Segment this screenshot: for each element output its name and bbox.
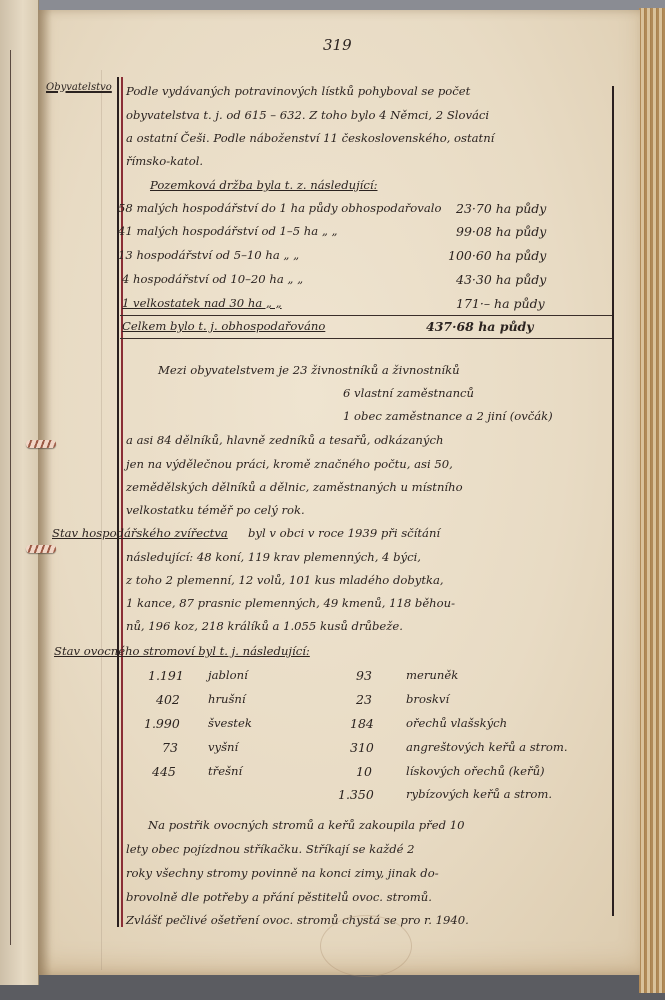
text-line: 1 obec zaměstnance a 2 jiní (ovčák) xyxy=(343,409,553,423)
text-line: Zvlášť pečlivé ošetření ovoc. stromů chy… xyxy=(126,913,469,927)
binding-stitch xyxy=(26,545,56,553)
text-line: byl v obci v roce 1939 při sčítání xyxy=(248,526,440,540)
land-row-value: 43·30 ha půdy xyxy=(456,272,546,287)
text-line: z toho 2 plemenní, 12 volů, 101 kus mlad… xyxy=(126,573,444,587)
gutter-shadow xyxy=(38,10,52,975)
orchard-name: ořechů vlašských xyxy=(406,716,507,730)
section-heading-land: Pozemková držba byla t. z. následující: xyxy=(150,178,378,192)
text-line: Podle vydávaných potravinových lístků po… xyxy=(126,84,470,98)
land-total-label: Celkem bylo t. j. obhospodařováno xyxy=(122,319,325,333)
left-page-edge xyxy=(0,0,39,985)
table-rule xyxy=(120,338,612,339)
table-rule xyxy=(120,315,612,316)
faint-column-rule xyxy=(101,70,102,970)
side-heading: Obyvatelstvo xyxy=(46,82,112,93)
left-page-rule xyxy=(10,50,11,945)
text-line: lety obec pojízdnou stříkačku. Stříkají … xyxy=(126,842,415,856)
orchard-name: vyšní xyxy=(208,740,238,754)
land-row-label: 4 hospodářství od 10–20 ha „ „ xyxy=(122,272,303,286)
orchard-count: 1.350 xyxy=(338,787,374,802)
orchard-name: švestek xyxy=(208,716,252,730)
orchard-count: 310 xyxy=(350,740,374,755)
orchard-name: angreštových keřů a strom. xyxy=(406,740,568,754)
orchard-count: 1.191 xyxy=(148,668,184,683)
chronicle-page: 319 Obyvatelstvo Podle vydávaných potrav… xyxy=(38,10,640,975)
text-line: jen na výdělečnou práci, kromě značného … xyxy=(126,457,453,471)
text-line: Mezi obyvatelstvem je 23 živnostníků a ž… xyxy=(158,363,460,377)
text-line: zemědělských dělníků a dělnic, zaměstnan… xyxy=(126,480,463,494)
text-line: římsko-katol. xyxy=(126,154,203,168)
orchard-name: lískových ořechů (keřů) xyxy=(406,764,545,778)
book-page-edges xyxy=(639,8,665,993)
land-row-label: 58 malých hospodářství do 1 ha půdy obho… xyxy=(118,201,441,215)
text-line: obyvatelstva t. j. od 615 – 632. Z toho … xyxy=(126,108,489,122)
orchard-count: 93 xyxy=(356,668,372,683)
text-line: brovolně dle potřeby a přání pěstitelů o… xyxy=(126,890,432,904)
orchard-name: broskví xyxy=(406,692,449,706)
faded-stamp xyxy=(320,915,412,977)
orchard-count: 73 xyxy=(162,740,178,755)
section-heading-livestock: Stav hospodářského zvířectva xyxy=(52,526,228,540)
land-row-value: 23·70 ha půdy xyxy=(456,201,546,216)
orchard-count: 23 xyxy=(356,692,372,707)
orchard-count: 445 xyxy=(152,764,176,779)
orchard-name: meruněk xyxy=(406,668,458,682)
text-line: 6 vlastní zaměstnanců xyxy=(343,386,474,400)
orchard-name: jabloní xyxy=(208,668,248,682)
text-line: roky všechny stromy povinně na konci zim… xyxy=(126,866,439,880)
land-row-value: 171·– ha půdy xyxy=(456,296,545,311)
orchard-name: rybízových keřů a strom. xyxy=(406,787,552,801)
text-line: Na postřik ovocných stromů a keřů zakoup… xyxy=(148,818,464,832)
right-margin-line xyxy=(612,86,614,916)
land-row-label: 1 velkostatek nad 30 ha „ „ xyxy=(122,296,282,310)
land-row-value: 100·60 ha půdy xyxy=(448,248,546,263)
orchard-count: 184 xyxy=(350,716,374,731)
text-line: nů, 196 koz, 218 králíků a 1.055 kusů dr… xyxy=(126,619,403,633)
section-heading-orchard: Stav ovocného stromoví byl t. j. následu… xyxy=(54,644,310,658)
orchard-count: 402 xyxy=(156,692,180,707)
text-line: 1 kance, 87 prasnic plemenných, 49 kmenů… xyxy=(126,596,455,610)
orchard-count: 10 xyxy=(356,764,372,779)
page-number: 319 xyxy=(323,36,352,54)
land-row-label: 41 malých hospodářství od 1–5 ha „ „ xyxy=(118,224,338,238)
orchard-name: třešní xyxy=(208,764,242,778)
text-line: a ostatní Češi. Podle náboženství 11 čes… xyxy=(126,131,494,145)
binding-stitch xyxy=(26,440,56,448)
land-total-value: 437·68 ha půdy xyxy=(426,319,534,334)
orchard-count: 1.990 xyxy=(144,716,180,731)
land-row-value: 99·08 ha půdy xyxy=(456,224,546,239)
text-line: následující: 48 koní, 119 krav plemennýc… xyxy=(126,550,421,564)
orchard-name: hrušní xyxy=(208,692,246,706)
land-row-label: 13 hospodářství od 5–10 ha „ „ xyxy=(118,248,299,262)
text-line: a asi 84 dělníků, hlavně zedníků a tesař… xyxy=(126,433,443,447)
text-line: velkostatku téměř po celý rok. xyxy=(126,503,305,517)
